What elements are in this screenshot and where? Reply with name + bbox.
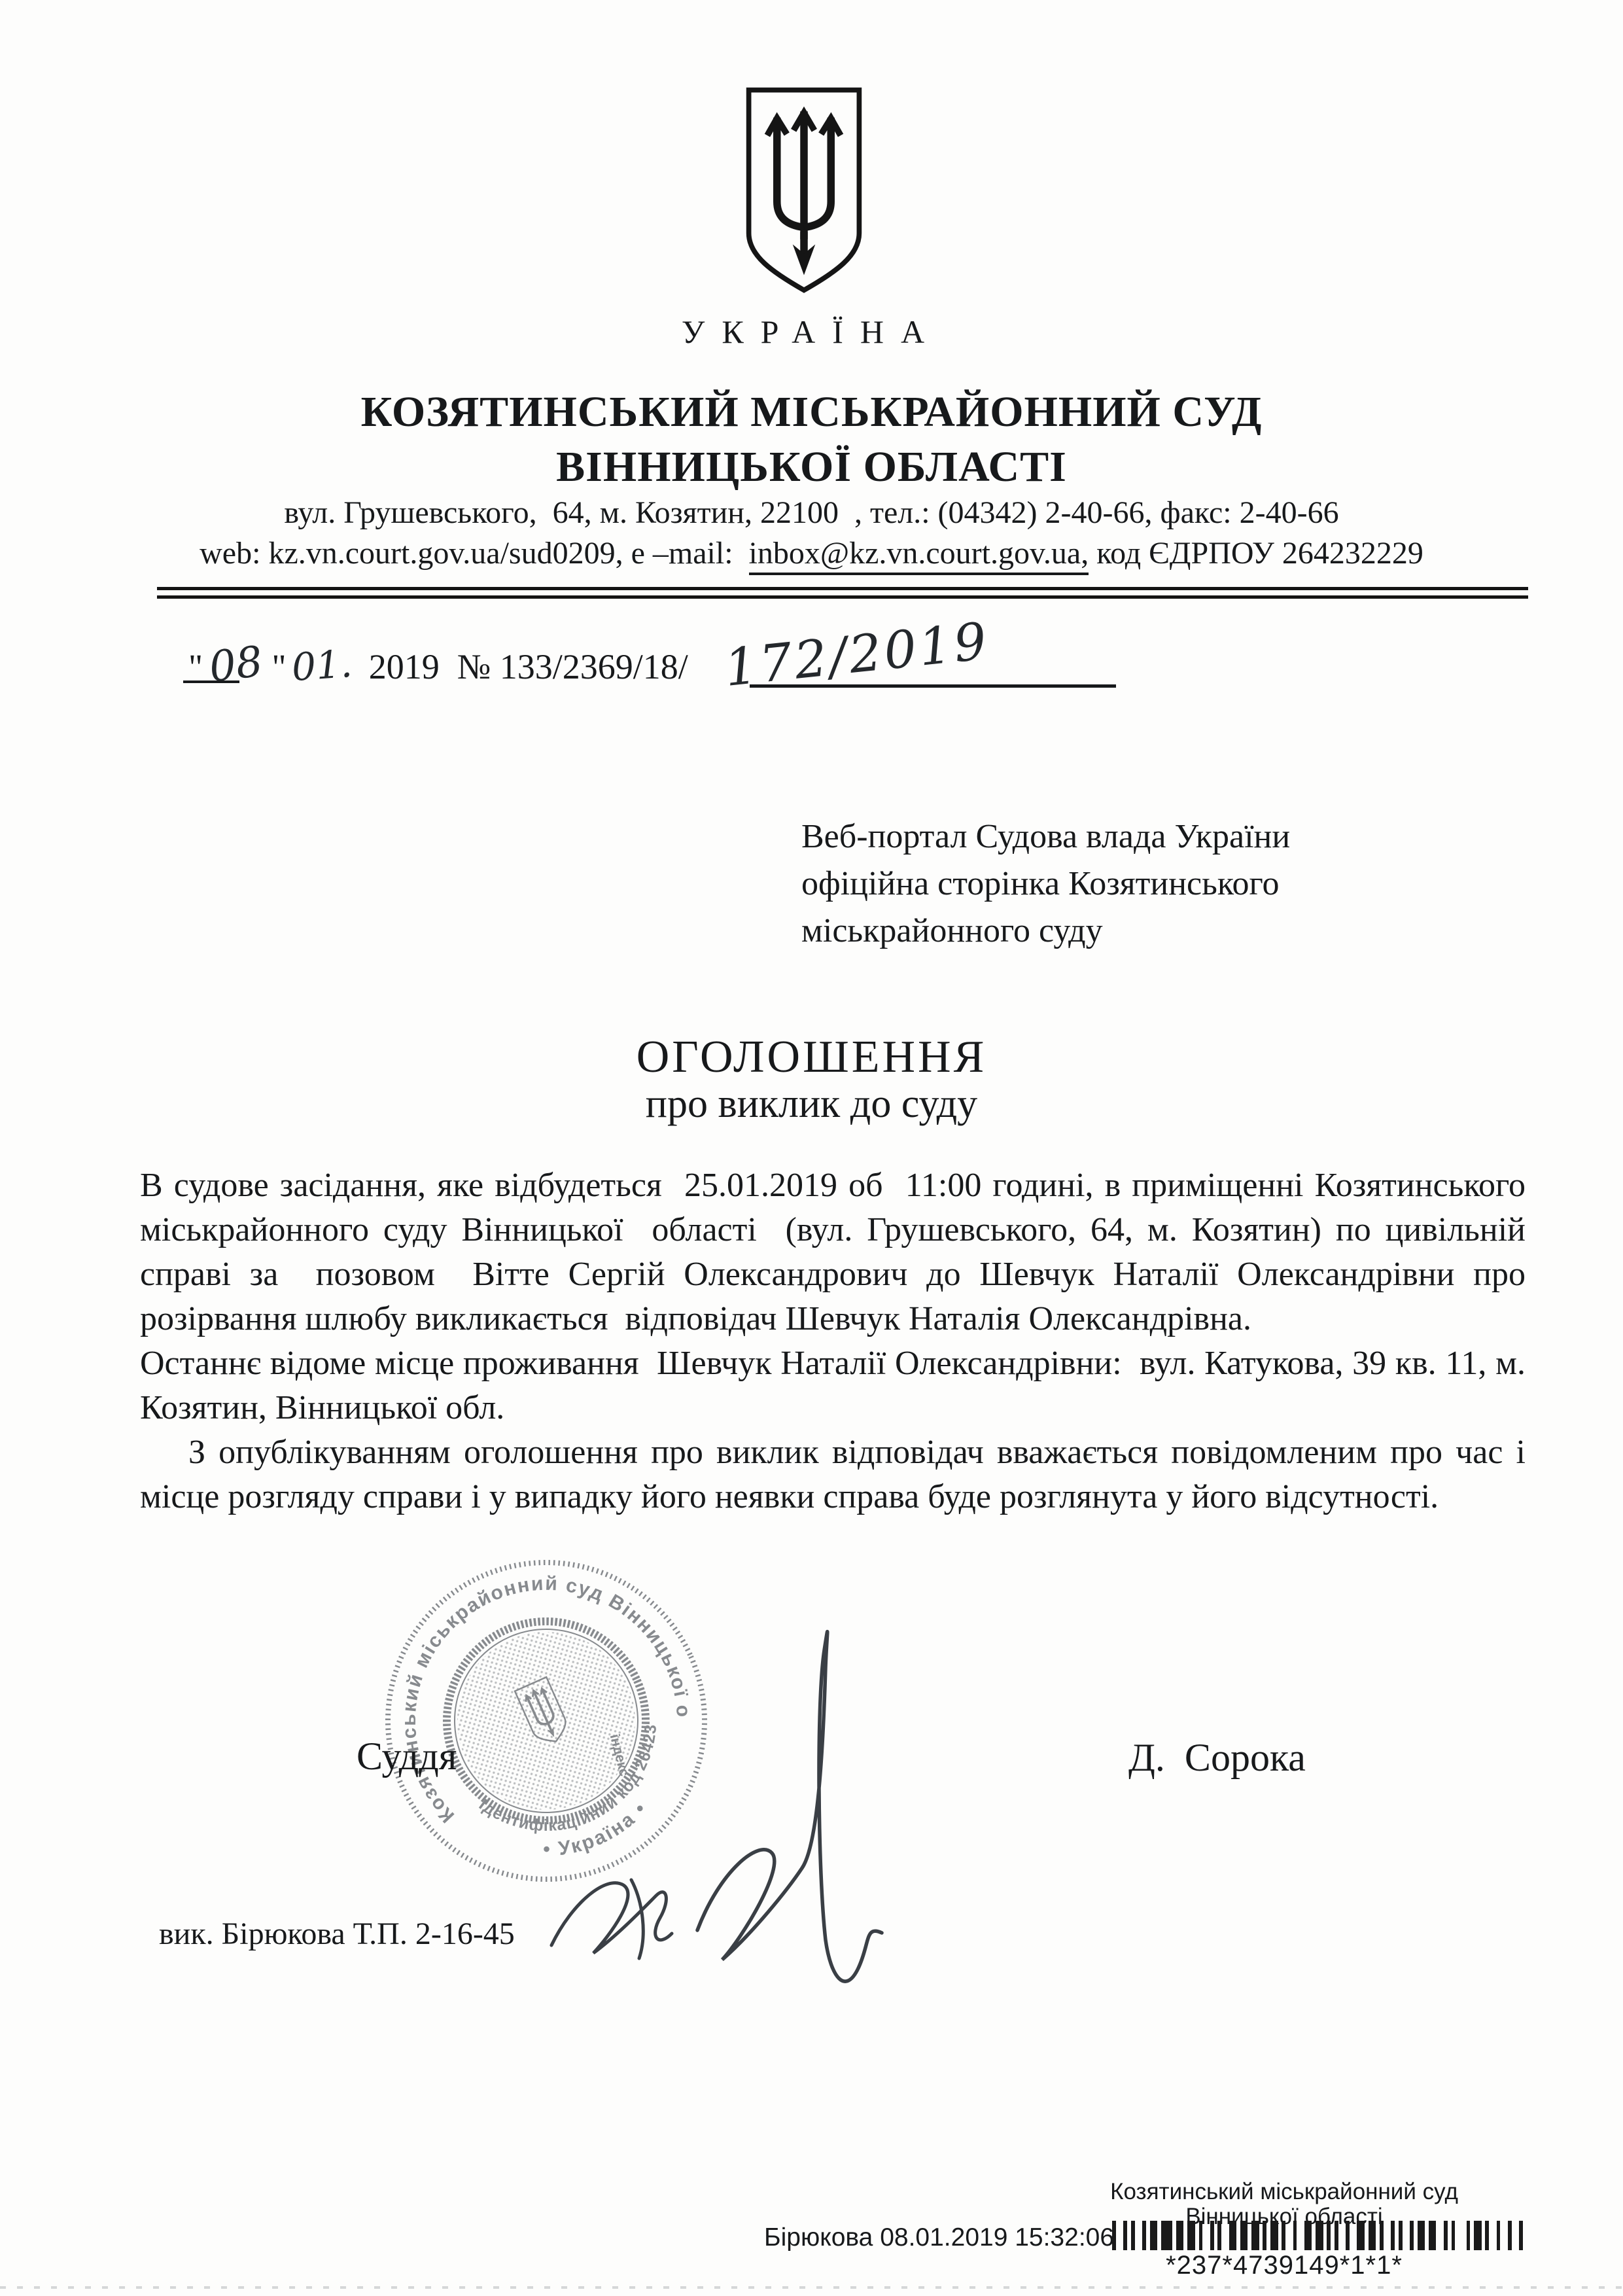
court-name-line2: ВІННИЦЬКОЇ ОБЛАСТІ xyxy=(0,442,1623,492)
judge-name: Д. Сорока xyxy=(1128,1735,1306,1780)
reference-line: "08"01.2019 № 133/2369/18/172/2019 xyxy=(188,632,990,691)
document-subtitle: про виклик до суду xyxy=(0,1081,1623,1127)
body-paragraph: Останнє відоме місце проживання Шевчук Н… xyxy=(140,1341,1526,1430)
court-name-line1: КОЗЯТИНСЬКИЙ МІСЬКРАЙОННИЙ СУД xyxy=(0,387,1623,437)
recipient-block: Веб-портал Судова влада України офіційна… xyxy=(801,813,1290,955)
contacts-suffix: код ЄДРПОУ 264232229 xyxy=(1089,536,1423,571)
handwritten-month: 01. xyxy=(290,641,353,690)
barcode-text: *237*4739149*1*1* xyxy=(1027,2251,1541,2280)
court-letter-page: УКРАЇНА КОЗЯТИНСЬКИЙ МІСЬКРАЙОННИЙ СУД В… xyxy=(0,0,1623,2296)
close-quote: " xyxy=(271,647,286,686)
footer-stamp-info: Бірюкова 08.01.2019 15:32:06 xyxy=(764,2223,1114,2252)
executor-signature xyxy=(533,1862,697,1983)
judge-label: Суддя xyxy=(357,1734,457,1779)
recipient-line: офіційна сторінка Козятинського xyxy=(801,860,1290,908)
body-paragraph: В судове засідання, яке відбудеться 25.0… xyxy=(140,1163,1526,1341)
letterhead-divider xyxy=(157,587,1528,599)
document-title: ОГОЛОШЕННЯ xyxy=(0,1031,1623,1084)
body-paragraph: З опублікуванням оголошення про виклик в… xyxy=(140,1430,1526,1519)
court-email: inbox@kz.vn.court.gov.ua, xyxy=(749,536,1089,575)
handwritten-day: 08 xyxy=(207,637,266,692)
trident-emblem-icon xyxy=(741,84,867,297)
reference-number-printed: 2019 № 133/2369/18/ xyxy=(369,647,688,686)
court-address: вул. Грушевського, 64, м. Козятин, 22100… xyxy=(0,495,1623,531)
court-contacts: web: kz.vn.court.gov.ua/sud0209, e –mail… xyxy=(0,535,1623,571)
recipient-line: міськрайонного суду xyxy=(801,908,1290,955)
day-underline xyxy=(183,680,239,683)
recipient-line: Веб-портал Судова влада України xyxy=(801,813,1290,860)
country-name: УКРАЇНА xyxy=(0,313,1623,351)
judge-signature xyxy=(654,1590,968,2022)
executor-line: вик. Бірюкова Т.П. 2-16-45 xyxy=(159,1916,515,1952)
barcode xyxy=(1112,2221,1523,2250)
contacts-prefix: web: kz.vn.court.gov.ua/sud0209, e –mail… xyxy=(200,536,748,571)
case-number-underline xyxy=(750,684,1116,688)
announcement-body: В судове засідання, яке відбудеться 25.0… xyxy=(140,1163,1526,1519)
footer-court-line1: Козятинський міськрайонний суд xyxy=(1027,2179,1541,2205)
scan-edge-artifact xyxy=(0,2286,1623,2289)
